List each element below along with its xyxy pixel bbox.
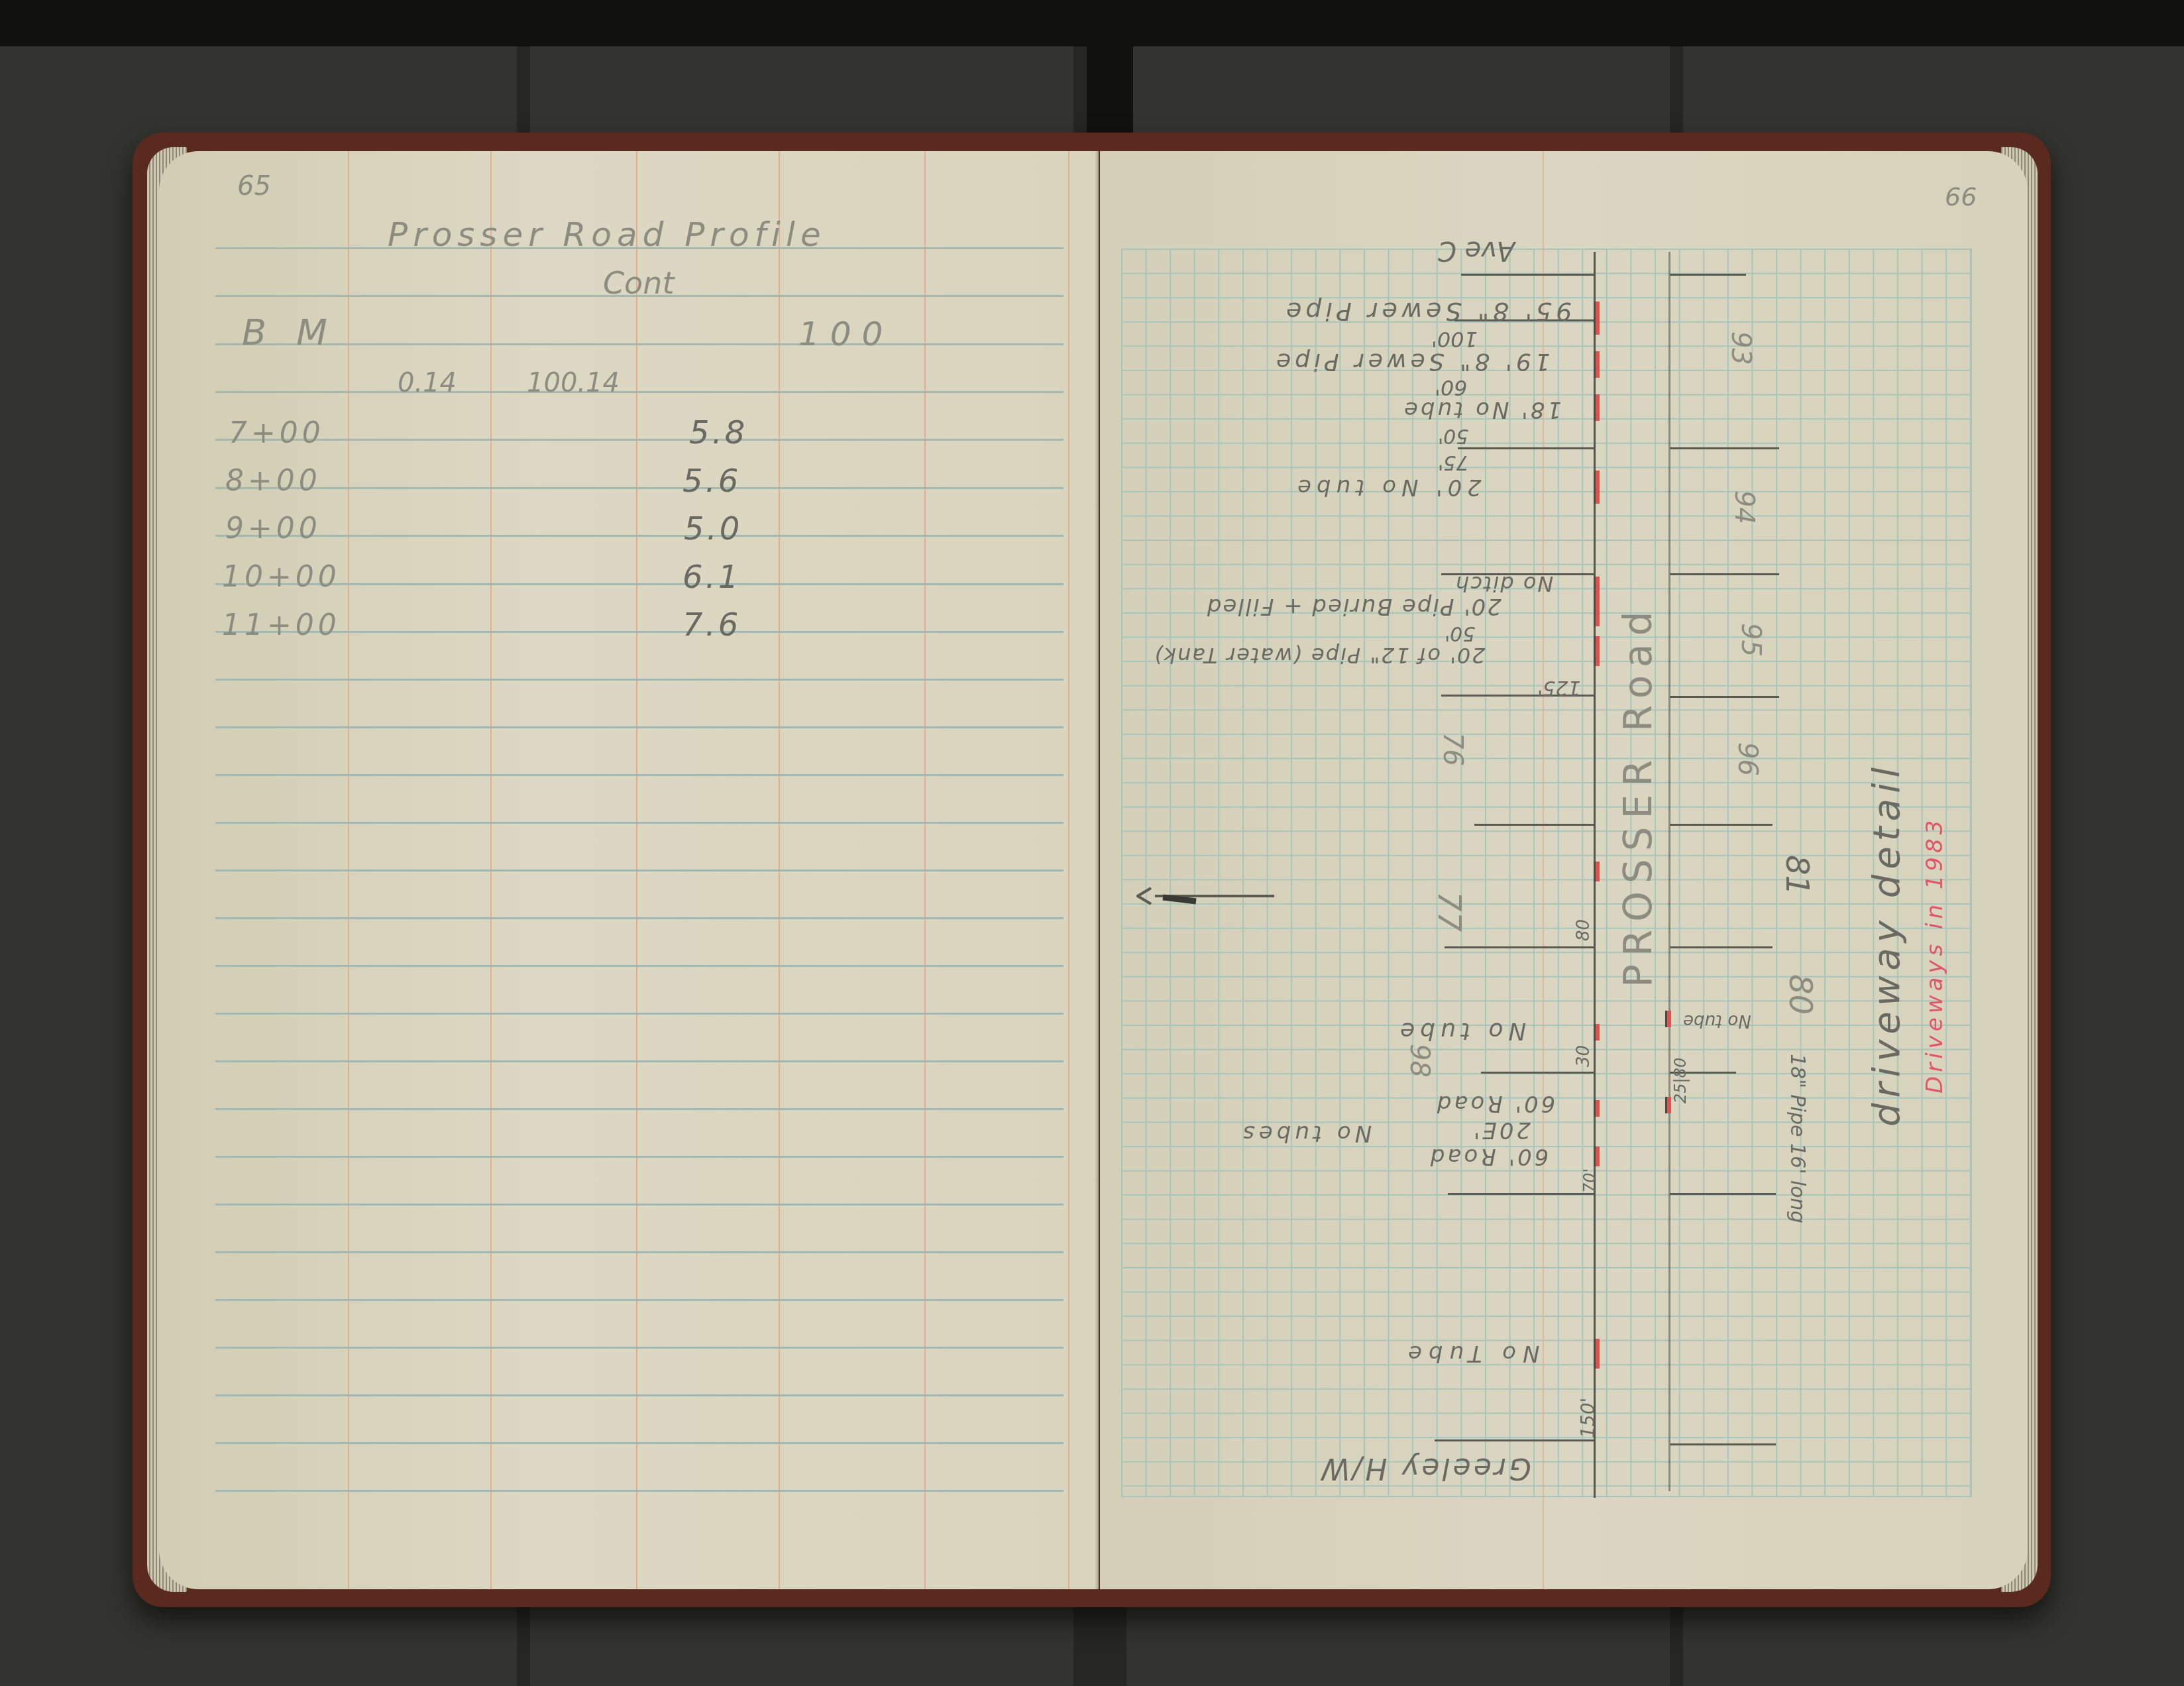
- left-page-line: [215, 439, 1064, 441]
- left-page-line: [215, 965, 1064, 967]
- lot-number: 98: [1404, 1044, 1435, 1078]
- left-page-line: [215, 1347, 1064, 1349]
- left-page-line: [215, 1108, 1064, 1110]
- culvert-marker: [1665, 1097, 1671, 1113]
- road-baseline-right: [1668, 252, 1670, 1491]
- distance-note: 60' Road: [1428, 1143, 1549, 1170]
- culvert-note: No Tube: [1401, 1340, 1539, 1367]
- road-label: PROSSER Road: [1615, 604, 1661, 987]
- culvert-marker: [1594, 1100, 1600, 1117]
- rod-reading: 5.8: [689, 414, 747, 451]
- offset-line: [1670, 274, 1746, 276]
- offset-line: [1670, 1193, 1776, 1195]
- offset-distance: 25|80: [1671, 1058, 1690, 1103]
- street-label-ave-c: Ave C: [1438, 235, 1515, 266]
- culvert-marker: [1594, 636, 1600, 666]
- left-page-line: [215, 391, 1064, 393]
- left-page-title: Prosser Road Profile: [388, 215, 826, 254]
- culvert-marker: [1594, 302, 1600, 335]
- rod-reading: 7.6: [682, 606, 741, 644]
- left-page-subtitle: Cont: [603, 265, 674, 301]
- culvert-marker: [1594, 351, 1600, 378]
- left-page-line: [215, 1251, 1064, 1253]
- offset-line: [1670, 573, 1779, 575]
- left-page-number: 65: [237, 171, 271, 201]
- rod-reading: 5.0: [684, 510, 742, 547]
- lot-number: 93: [1725, 331, 1756, 365]
- left-page-line: [215, 631, 1064, 633]
- left-page-line: [215, 1013, 1064, 1015]
- culvert-marker: [1665, 1011, 1671, 1027]
- right-page-grid: [1121, 249, 1972, 1497]
- left-page-line: [215, 1490, 1064, 1492]
- lot-number: 76: [1437, 732, 1468, 766]
- left-page-line: [215, 774, 1064, 776]
- offset-line: [1474, 824, 1594, 826]
- north-arrow-icon: N: [1136, 881, 1276, 915]
- driveways-red-note: Driveways in 1983: [1922, 816, 1948, 1094]
- offset-distance: 70': [1580, 1168, 1599, 1193]
- culvert-note: 20' No tube: [1292, 474, 1482, 500]
- culvert-marker: [1594, 1339, 1600, 1369]
- left-page-line: [215, 1204, 1064, 1206]
- distance-note: 50': [1445, 622, 1475, 645]
- offset-line: [1670, 447, 1779, 449]
- left-page-line: [215, 487, 1064, 489]
- culvert-note: No tubes: [1239, 1120, 1372, 1147]
- left-page-line: [215, 1156, 1064, 1158]
- height-of-instrument: 100.14: [527, 368, 620, 398]
- offset-line: [1670, 824, 1773, 826]
- culvert-note: 18" Pipe 16' long: [1786, 1054, 1809, 1213]
- binding-clip: [1087, 40, 1133, 139]
- distance-note: 75': [1438, 451, 1468, 474]
- offset-line: [1670, 1443, 1776, 1445]
- culvert-marker: [1594, 862, 1600, 881]
- culvert-marker: [1594, 394, 1600, 421]
- offset-line: [1458, 447, 1594, 449]
- culvert-marker: [1594, 1024, 1600, 1040]
- lot-number: 81: [1778, 855, 1816, 895]
- left-page-line: [215, 679, 1064, 681]
- driveway-detail-label: driveway detail: [1865, 762, 1908, 1127]
- distance-note: 50': [1438, 424, 1468, 447]
- lot-number: 77: [1431, 891, 1468, 932]
- left-page-line: [215, 726, 1064, 728]
- left-page-line: [215, 583, 1064, 585]
- station-label: 11+00: [222, 608, 341, 642]
- left-page-line: [215, 917, 1064, 919]
- culvert-note: 20' of 12" Pipe (water Tank): [1153, 643, 1486, 668]
- rod-reading: 5.6: [682, 463, 741, 500]
- culvert-note: 20' Pipe Buried + Filled: [1206, 593, 1501, 620]
- station-label: 7+00: [229, 416, 325, 450]
- culvert-note: No tube: [1683, 1011, 1751, 1031]
- rod-reading: 6.1: [682, 559, 741, 596]
- left-page-column-rule: [1068, 151, 1069, 1589]
- culvert-marker: [1594, 471, 1600, 504]
- left-page-line: [215, 343, 1064, 345]
- culvert-note: 95' 8" Sewer Pipe: [1282, 297, 1572, 326]
- left-page-line: [215, 822, 1064, 824]
- offset-distance: 80: [1574, 919, 1594, 941]
- station-label: 9+00: [225, 512, 321, 545]
- offset-line: [1670, 946, 1773, 948]
- left-page-line: [215, 870, 1064, 871]
- lot-number: 80: [1782, 974, 1819, 1015]
- lot-number: 95: [1735, 623, 1766, 657]
- offset-line: [1435, 1439, 1594, 1441]
- distance-note: 60' Road: [1435, 1090, 1555, 1117]
- offset-line: [1461, 274, 1594, 276]
- offset-line: [1445, 946, 1594, 948]
- offset-distance: 150': [1577, 1398, 1599, 1438]
- street-label-greeley: Greeley H/W: [1319, 1451, 1531, 1485]
- left-page-line: [215, 1060, 1064, 1062]
- culvert-note: 18' No tube: [1401, 396, 1562, 423]
- distance-note: 20E': [1471, 1117, 1531, 1143]
- left-page-line: [215, 1442, 1064, 1444]
- distance-note: 125': [1537, 676, 1581, 699]
- lot-number: 96: [1732, 742, 1763, 776]
- left-page-line: [215, 535, 1064, 537]
- culvert-note: 19' 8" Sewer Pipe: [1272, 348, 1551, 375]
- right-page-number: 66: [1945, 182, 1977, 211]
- offset-line: [1481, 1072, 1594, 1074]
- offset-distance: 30: [1574, 1045, 1594, 1067]
- offset-line: [1448, 1193, 1594, 1195]
- culvert-note: No tube: [1395, 1017, 1526, 1044]
- benchmark-elevation: 100: [798, 315, 893, 353]
- station-label: 10+00: [222, 560, 341, 594]
- backsight-value: 0.14: [398, 368, 457, 398]
- culvert-marker: [1594, 1147, 1600, 1166]
- lot-number: 94: [1729, 490, 1759, 524]
- station-label: 8+00: [225, 464, 321, 498]
- left-page-line: [215, 1394, 1064, 1396]
- offset-line: [1670, 696, 1779, 698]
- benchmark-label: B M: [242, 311, 337, 353]
- culvert-marker: [1594, 577, 1600, 626]
- left-page-line: [215, 1299, 1064, 1301]
